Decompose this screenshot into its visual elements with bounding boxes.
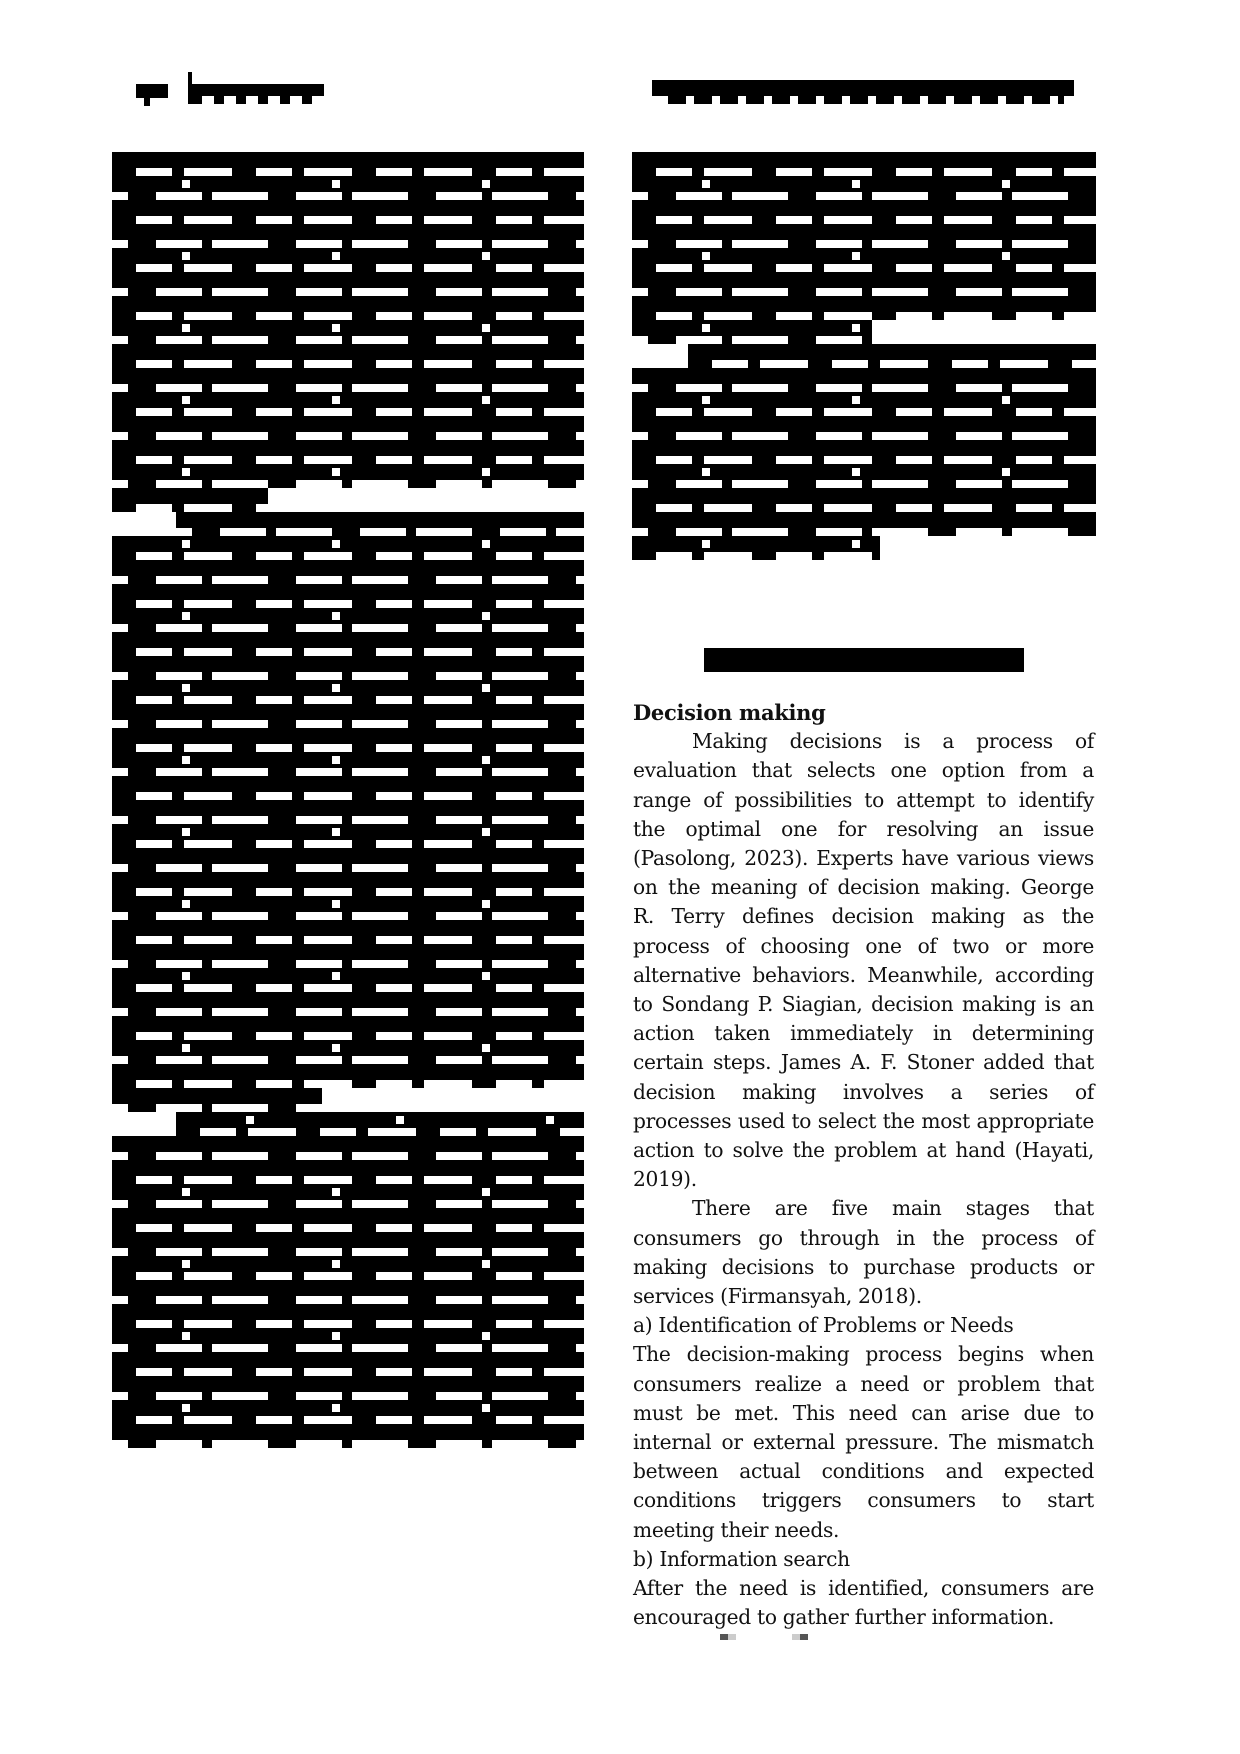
redacted-line	[632, 512, 1096, 528]
redacted-line	[112, 224, 584, 240]
redacted-line	[632, 176, 1096, 192]
scan-artifact	[792, 1634, 800, 1640]
redacted-line-descenders	[112, 984, 584, 992]
redacted-line	[112, 704, 584, 720]
redacted-line	[112, 632, 584, 648]
redacted-line-descenders	[112, 264, 584, 272]
redacted-line	[632, 272, 1096, 288]
redacted-line-descenders	[112, 1008, 584, 1016]
redacted-line-descenders	[112, 1296, 584, 1304]
redacted-line-descenders	[112, 720, 584, 728]
scan-artifact	[720, 1634, 728, 1640]
section-title-redacted	[704, 648, 1024, 672]
redacted-line	[632, 416, 1096, 432]
redacted-line	[176, 512, 584, 528]
redacted-line-descenders	[112, 288, 584, 296]
redacted-line-descenders	[632, 504, 1096, 512]
running-header-right-redacted	[652, 80, 1074, 114]
redacted-line	[632, 152, 1096, 168]
redacted-line-descenders	[112, 840, 584, 848]
redacted-line-descenders	[112, 600, 584, 608]
list-item-label: b) Information search	[633, 1545, 1094, 1574]
redaction-block	[144, 96, 150, 106]
redacted-line-descenders	[112, 384, 584, 392]
section-heading: Decision making	[633, 698, 1094, 727]
redacted-line-descenders	[112, 672, 584, 680]
redacted-line	[112, 1376, 584, 1392]
redacted-line	[112, 1160, 584, 1176]
right-column-body: Decision making Making decisions is a pr…	[633, 698, 1094, 1633]
redacted-line	[112, 1136, 584, 1152]
redacted-line-descenders	[176, 1128, 584, 1136]
redacted-line-descenders	[632, 288, 1096, 296]
redacted-line	[112, 1040, 584, 1056]
redacted-line	[112, 728, 584, 744]
redacted-line-descenders	[112, 1032, 584, 1040]
redacted-line	[632, 488, 1096, 504]
redacted-line-descenders	[632, 480, 1096, 488]
redacted-line	[112, 488, 268, 504]
redacted-line	[112, 152, 584, 168]
redacted-line-descenders	[632, 432, 1096, 440]
redacted-line-descenders	[112, 1056, 584, 1064]
redaction-block	[192, 96, 316, 104]
redacted-line-descenders	[112, 816, 584, 824]
redacted-line-descenders	[112, 864, 584, 872]
redacted-line-descenders	[632, 264, 1096, 272]
redacted-line-descenders	[112, 744, 584, 752]
redacted-line	[112, 1208, 584, 1224]
redacted-line-descenders	[112, 1152, 584, 1160]
redacted-line	[632, 200, 1096, 216]
redacted-line	[112, 584, 584, 600]
redacted-line-descenders	[112, 1392, 584, 1400]
scan-artifact	[800, 1634, 808, 1640]
redacted-line	[112, 440, 584, 456]
redacted-line	[112, 248, 584, 264]
redacted-line	[632, 296, 1096, 312]
redacted-line-descenders	[112, 552, 584, 560]
redacted-line-descenders	[112, 648, 584, 656]
redacted-line-descenders	[112, 1200, 584, 1208]
redaction-block	[136, 84, 168, 98]
list-item-text: The decision-making process begins when …	[633, 1340, 1094, 1544]
redacted-line-descenders	[112, 768, 584, 776]
list-item-label: a) Identification of Problems or Needs	[633, 1311, 1094, 1340]
redacted-line	[112, 752, 584, 768]
redacted-line-descenders	[632, 456, 1096, 464]
redacted-line	[632, 368, 1096, 384]
redacted-line	[112, 776, 584, 792]
redacted-line-descenders	[632, 216, 1096, 224]
redacted-line	[632, 536, 880, 552]
redacted-line-descenders	[632, 312, 1096, 320]
redacted-line	[632, 248, 1096, 264]
redacted-line	[632, 224, 1096, 240]
redacted-line	[632, 320, 872, 336]
redacted-line	[112, 464, 584, 480]
redacted-line-descenders	[112, 504, 268, 512]
redacted-line-descenders	[112, 216, 584, 224]
redacted-line-descenders	[112, 408, 584, 416]
redacted-line	[112, 968, 584, 984]
redacted-line	[112, 896, 584, 912]
redacted-line-descenders	[112, 1176, 584, 1184]
redacted-line-descenders	[112, 1272, 584, 1280]
redacted-line-descenders	[632, 192, 1096, 200]
redacted-line	[632, 440, 1096, 456]
right-column-redacted-text	[632, 152, 1096, 560]
redacted-line	[112, 608, 584, 624]
redacted-line-descenders	[632, 240, 1096, 248]
redacted-line-descenders	[632, 552, 880, 560]
redacted-line-descenders	[112, 240, 584, 248]
redacted-line	[112, 536, 584, 552]
redacted-line-descenders	[688, 360, 1096, 368]
redacted-line-descenders	[112, 1344, 584, 1352]
redacted-line	[112, 368, 584, 384]
redacted-line-descenders	[112, 432, 584, 440]
redacted-line-descenders	[112, 936, 584, 944]
redacted-line	[632, 464, 1096, 480]
redacted-line	[112, 1088, 322, 1104]
redacted-line-descenders	[632, 336, 872, 344]
redacted-line	[112, 392, 584, 408]
redacted-line	[112, 200, 584, 216]
redacted-line	[688, 344, 1096, 360]
redaction-block	[652, 80, 1074, 96]
redacted-line	[112, 1328, 584, 1344]
redacted-line	[112, 1016, 584, 1032]
redacted-line-descenders	[112, 1416, 584, 1424]
redacted-line	[112, 176, 584, 192]
redacted-line	[632, 392, 1096, 408]
redacted-line-descenders	[112, 1080, 584, 1088]
redacted-line	[112, 1352, 584, 1368]
redacted-line	[176, 1112, 584, 1128]
redacted-line-descenders	[112, 912, 584, 920]
redacted-line	[112, 848, 584, 864]
redacted-line-descenders	[112, 456, 584, 464]
redacted-line-descenders	[112, 192, 584, 200]
redacted-line	[112, 872, 584, 888]
redacted-line	[112, 824, 584, 840]
redacted-line-descenders	[112, 480, 584, 488]
redacted-line	[112, 1280, 584, 1296]
redacted-line	[112, 992, 584, 1008]
redacted-line-descenders	[112, 360, 584, 368]
redacted-line	[112, 656, 584, 672]
redacted-line-descenders	[176, 528, 584, 536]
redacted-line-descenders	[112, 1368, 584, 1376]
redacted-line-descenders	[112, 312, 584, 320]
redacted-line-descenders	[112, 576, 584, 584]
redacted-line	[112, 1400, 584, 1416]
redacted-line	[112, 560, 584, 576]
redacted-line-descenders	[112, 888, 584, 896]
redacted-line	[112, 1424, 584, 1440]
list-item-text: After the need is identified, consumers …	[633, 1574, 1094, 1632]
redacted-line-descenders	[632, 384, 1096, 392]
redacted-line-descenders	[112, 696, 584, 704]
redacted-line	[112, 1232, 584, 1248]
redacted-line-descenders	[112, 792, 584, 800]
redacted-line-descenders	[112, 624, 584, 632]
redacted-line	[112, 1184, 584, 1200]
redacted-line-descenders	[112, 168, 584, 176]
redacted-line	[112, 344, 584, 360]
paragraph: There are five main stages that consumer…	[633, 1194, 1094, 1311]
redacted-line	[112, 272, 584, 288]
paragraph: Making decisions is a process of evaluat…	[633, 727, 1094, 1194]
redacted-line	[112, 1256, 584, 1272]
left-column-redacted-text	[112, 152, 584, 1448]
redacted-line-descenders	[112, 1104, 322, 1112]
redacted-line	[112, 680, 584, 696]
redacted-line-descenders	[112, 1224, 584, 1232]
redacted-line-descenders	[632, 408, 1096, 416]
redacted-line	[112, 1304, 584, 1320]
redacted-line	[112, 944, 584, 960]
redaction-block	[668, 96, 1064, 104]
redacted-line	[112, 296, 584, 312]
redacted-line-descenders	[112, 960, 584, 968]
redacted-line-descenders	[112, 336, 584, 344]
redacted-line	[112, 1064, 584, 1080]
redacted-line	[112, 320, 584, 336]
redacted-line	[112, 920, 584, 936]
redacted-line-descenders	[112, 1440, 584, 1448]
redaction-block	[192, 84, 324, 96]
scan-artifact	[728, 1634, 736, 1640]
redacted-line	[112, 416, 584, 432]
redacted-line	[112, 800, 584, 816]
redacted-line-descenders	[632, 168, 1096, 176]
redacted-line-descenders	[112, 1320, 584, 1328]
redacted-line-descenders	[632, 528, 1096, 536]
redacted-line-descenders	[112, 1248, 584, 1256]
